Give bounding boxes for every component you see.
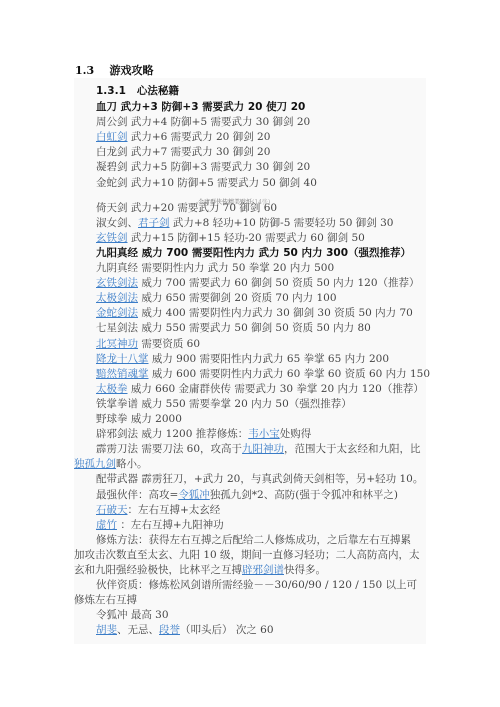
guide-line: 北冥神功 需要资质 60 bbox=[96, 337, 200, 351]
guide-line: 伙伴资质：修炼松风剑谱所需经验－－30/60/90 / 120 / 150 以上… bbox=[96, 578, 417, 592]
guide-line: 白龙剑 武力+7 需要武力 30 御剑 20 bbox=[96, 145, 270, 159]
caption-text[interactable]: 金庸群侠传精美壁纸 bbox=[198, 199, 252, 206]
guide-text: 威力 650 需要御剑 20 资质 70 内力 100 bbox=[138, 292, 337, 304]
guide-line: 玄铁剑 武力+15 防御+15 轻功-20 需要武力 60 御剑 50 bbox=[96, 231, 365, 245]
guide-text: 快得多。 bbox=[284, 564, 326, 576]
guide-text: （叩头后） 次之 60 bbox=[180, 624, 274, 636]
guide-line: 太极剑法 威力 650 需要御剑 20 资质 70 内力 100 bbox=[96, 291, 337, 305]
guide-link[interactable]: 白虹剑 bbox=[96, 131, 128, 143]
guide-line: 九阳真经 威力 700 需要阳性内力 武力 50 内力 300（强烈推荐） bbox=[96, 246, 411, 260]
guide-line: 石破天：左右互搏+太玄经 bbox=[96, 503, 220, 517]
guide-link[interactable]: 胡斐 bbox=[96, 624, 117, 636]
guide-text: 威力 660 金庸群侠传 需要武力 30 拳掌 20 内力 120（推荐） bbox=[128, 383, 424, 395]
guide-link[interactable]: 石破天 bbox=[96, 504, 128, 516]
guide-text: 野球拳 威力 2000 bbox=[96, 413, 182, 425]
guide-text: 七星剑法 威力 550 需要武力 50 御剑 50 资质 50 内力 80 bbox=[96, 322, 371, 334]
guide-link[interactable]: 降龙十八掌 bbox=[96, 353, 149, 365]
guide-text: 武力+6 需要武力 20 御剑 20 bbox=[128, 131, 271, 143]
guide-link[interactable]: 韦小宝 bbox=[248, 428, 280, 440]
guide-text: 加攻击次数直至太玄、九阳 10 级，期间一直修习轻功；二人高防高内，太 bbox=[74, 549, 420, 561]
guide-text: 九阴真经 需要阴性内力 武力 50 拳掌 20 内力 500 bbox=[96, 262, 334, 274]
guide-text: 玄和九阳强经验极快，比林平之互搏 bbox=[74, 564, 242, 576]
guide-text: 白龙剑 武力+7 需要武力 30 御剑 20 bbox=[96, 146, 270, 158]
subsection-heading: 心法秘籍 bbox=[137, 85, 179, 97]
guide-line: 凝碧剑 武力+5 防御+3 需要武力 30 御剑 20 bbox=[96, 160, 310, 174]
section-number: 1.3 bbox=[75, 64, 94, 77]
guide-text: 需要资质 60 bbox=[138, 338, 200, 350]
guide-line: 胡斐、无忌、段誉（叩头后） 次之 60 bbox=[96, 623, 274, 637]
guide-text: 血刀 武力+3 防御+3 需要武力 20 使刀 20 bbox=[96, 101, 305, 113]
guide-link[interactable]: 辟邪剑谱 bbox=[242, 564, 284, 576]
guide-text: 铁掌拳谱 威力 550 需要拳掌 20 内力 50（强烈推荐） bbox=[96, 398, 352, 410]
guide-text: 威力 700 需要武力 60 御剑 50 资质 50 内力 120（推荐） bbox=[138, 277, 420, 289]
guide-link[interactable]: 玄铁剑 bbox=[96, 232, 128, 244]
guide-link[interactable]: 九阳神功 bbox=[242, 443, 284, 455]
guide-text: 武力+8 轻功+10 防御-5 需要轻功 50 御剑 30 bbox=[170, 217, 394, 229]
guide-link[interactable]: 黯然销魂掌 bbox=[96, 368, 149, 380]
subsection-title: 1.3.1 心法秘籍 bbox=[96, 84, 179, 98]
guide-text: 金蛇剑 武力+10 防御+5 需要武力 50 御剑 40 bbox=[96, 177, 317, 189]
guide-text: 最强伙伴：高攻= bbox=[96, 489, 178, 501]
guide-line: 霹雳刀法 需要刀法 60，攻高于九阳神功，范围大于太玄经和九阳，比 bbox=[96, 442, 421, 456]
caption-count: (14张) bbox=[252, 199, 270, 206]
guide-line: 虚竹 ：左右互搏+九阳神功 bbox=[96, 518, 224, 532]
guide-text: 配带武器 霹雳狂刀，+武力 20，与真武剑倚天剑相等，另+轻功 10。 bbox=[96, 473, 423, 485]
guide-link[interactable]: 令狐冲 bbox=[178, 489, 210, 501]
guide-text: 伙伴资质：修炼松风剑谱所需经验－－30/60/90 / 120 / 150 以上… bbox=[96, 579, 417, 591]
section-heading: 游戏攻略 bbox=[110, 64, 154, 77]
guide-text: ：左右互搏+九阳神功 bbox=[117, 519, 224, 531]
guide-line: 配带武器 霹雳狂刀，+武力 20，与真武剑倚天剑相等，另+轻功 10。 bbox=[96, 472, 423, 486]
guide-line: 降龙十八掌 威力 900 需要阳性内力武力 65 拳掌 65 内力 200 bbox=[96, 352, 389, 366]
guide-text: 霹雳刀法 需要刀法 60，攻高于 bbox=[96, 443, 242, 455]
guide-text: 修炼方法：获得左右互搏之后配给二人修炼成功，之后靠左右互搏累 bbox=[96, 534, 411, 546]
guide-line: 九阴真经 需要阴性内力 武力 50 拳掌 20 内力 500 bbox=[96, 261, 334, 275]
guide-text: 处购得 bbox=[280, 428, 312, 440]
guide-link[interactable]: 太极拳 bbox=[96, 383, 128, 395]
guide-link[interactable]: 独孤九剑 bbox=[74, 458, 116, 470]
guide-line: 令狐冲 最高 30 bbox=[96, 608, 169, 622]
guide-line: 修炼左右互搏 bbox=[74, 593, 137, 607]
guide-link[interactable]: 段誉 bbox=[159, 624, 180, 636]
guide-text: 辟邪剑法 威力 1200 推荐修炼： bbox=[96, 428, 248, 440]
guide-text: 凝碧剑 武力+5 防御+3 需要武力 30 御剑 20 bbox=[96, 161, 310, 173]
guide-text: ：左右互搏+太玄经 bbox=[128, 504, 221, 516]
guide-line: 周公剑 武力+4 防御+5 需要武力 30 御剑 20 bbox=[96, 115, 310, 129]
guide-line: 辟邪剑法 威力 1200 推荐修炼：韦小宝处购得 bbox=[96, 427, 311, 441]
guide-text: 威力 600 需要阴性内力武力 60 拳掌 60 资质 60 内力 150 bbox=[149, 368, 431, 380]
guide-text: 九阳真经 威力 700 需要阳性内力 武力 50 内力 300（强烈推荐） bbox=[96, 247, 411, 259]
guide-line: 玄和九阳强经验极快，比林平之互搏辟邪剑谱快得多。 bbox=[74, 563, 326, 577]
guide-line: 黯然销魂掌 威力 600 需要阴性内力武力 60 拳掌 60 资质 60 内力 … bbox=[96, 367, 430, 381]
guide-link[interactable]: 虚竹 bbox=[96, 519, 117, 531]
guide-text: 、无忌、 bbox=[117, 624, 159, 636]
guide-line: 太极拳 威力 660 金庸群侠传 需要武力 30 拳掌 20 内力 120（推荐… bbox=[96, 382, 424, 396]
guide-line: 加攻击次数直至太玄、九阳 10 级，期间一直修习轻功；二人高防高内，太 bbox=[74, 548, 420, 562]
guide-line: 玄铁剑法 威力 700 需要武力 60 御剑 50 资质 50 内力 120（推… bbox=[96, 276, 420, 290]
guide-line: 独孤九剑略小。 bbox=[74, 457, 148, 471]
guide-text: 武力+15 防御+15 轻功-20 需要武力 60 御剑 50 bbox=[128, 232, 365, 244]
guide-line: 七星剑法 威力 550 需要武力 50 御剑 50 资质 50 内力 80 bbox=[96, 321, 371, 335]
guide-line: 白虹剑 武力+6 需要武力 20 御剑 20 bbox=[96, 130, 270, 144]
guide-text: 修炼左右互搏 bbox=[74, 594, 137, 606]
guide-text: 令狐冲 最高 30 bbox=[96, 609, 169, 621]
guide-text: 周公剑 武力+4 防御+5 需要武力 30 御剑 20 bbox=[96, 116, 310, 128]
section-title: 1.3 游戏攻略 bbox=[75, 62, 154, 78]
guide-line: 铁掌拳谱 威力 550 需要拳掌 20 内力 50（强烈推荐） bbox=[96, 397, 352, 411]
guide-line: 金蛇剑 武力+10 防御+5 需要武力 50 御剑 40 bbox=[96, 176, 317, 190]
guide-line: 野球拳 威力 2000 bbox=[96, 412, 182, 426]
guide-link[interactable]: 君子剑 bbox=[138, 217, 170, 229]
guide-text: 淑女剑、 bbox=[96, 217, 138, 229]
guide-link[interactable]: 太极剑法 bbox=[96, 292, 138, 304]
guide-text: 威力 400 需要阴性内力武力 30 御剑 30 资质 50 内力 70 bbox=[138, 307, 413, 319]
guide-line: 淑女剑、君子剑 武力+8 轻功+10 防御-5 需要轻功 50 御剑 30 bbox=[96, 216, 393, 230]
guide-link[interactable]: 北冥神功 bbox=[96, 338, 138, 350]
guide-text: 略小。 bbox=[116, 458, 148, 470]
guide-text: ，范围大于太玄经和九阳，比 bbox=[284, 443, 421, 455]
guide-line: 最强伙伴：高攻=令狐冲独孤九剑*2、高防(强于令狐冲和林平之) bbox=[96, 488, 398, 502]
wallpaper-caption[interactable]: 金庸群侠传精美壁纸(14张) bbox=[198, 197, 270, 206]
guide-text: 独孤九剑*2、高防(强于令狐冲和林平之) bbox=[210, 489, 398, 501]
guide-link[interactable]: 玄铁剑法 bbox=[96, 277, 138, 289]
content-panel: 1.3.1 心法秘籍 血刀 武力+3 防御+3 需要武力 20 使刀 20周公剑… bbox=[74, 78, 426, 644]
guide-line: 金蛇剑法 威力 400 需要阴性内力武力 30 御剑 30 资质 50 内力 7… bbox=[96, 306, 413, 320]
guide-line: 修炼方法：获得左右互搏之后配给二人修炼成功，之后靠左右互搏累 bbox=[96, 533, 411, 547]
guide-line: 血刀 武力+3 防御+3 需要武力 20 使刀 20 bbox=[96, 100, 305, 114]
subsection-number: 1.3.1 bbox=[96, 85, 126, 97]
guide-text: 威力 900 需要阳性内力武力 65 拳掌 65 内力 200 bbox=[149, 353, 390, 365]
guide-link[interactable]: 金蛇剑法 bbox=[96, 307, 138, 319]
